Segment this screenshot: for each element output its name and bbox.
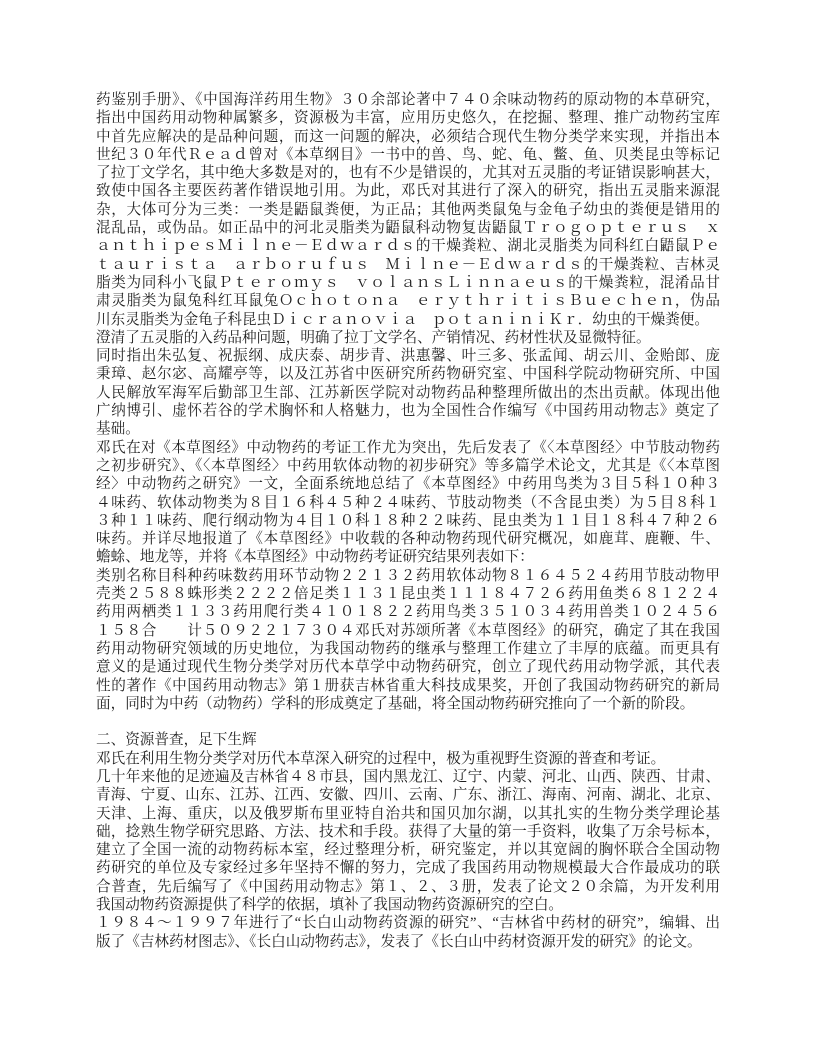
text-line: 合普查，先后编写了《中国药用动物志》第１、２、３册，发表了论文２０余篇，为开发利… — [96, 878, 720, 896]
text-line: 肃灵脂类为鼠兔科红耳鼠兔Ｏｃｈｏｔｏｎａ ｅｒｙｔｈｒｉｔｉｓＢｕｅｃｈｅｎ，伪… — [96, 292, 720, 310]
text-line: 面，同时为中药（动物药）学科的形成奠定了基础，将全国动物药研究推向了一个新的阶段… — [96, 695, 720, 713]
text-line: 几十年来他的足迹遍及吉林省４８市县，国内黑龙江、辽宁、内蒙、河北、山西、陕西、甘… — [96, 768, 720, 786]
text-line: 蟾蜍、地龙等，并将《本草图经》中动物药考证研究结果列表如下： — [96, 548, 720, 566]
text-line: 杂，大体可分为三类：一类是鼯鼠粪便，为正品；其他两类鼠兔与金龟子幼虫的粪便是错用… — [96, 201, 720, 219]
text-line: 药研究的单位及专家经过多年坚持不懈的努力，完成了我国药用动物规模最大合作最成功的… — [96, 859, 720, 877]
text-line: 味药。并详尽地报道了《本草图经》中收载的各种动物药现代研究概况，如鹿茸、鹿鞭、牛… — [96, 530, 720, 548]
text-line: 基础。 — [96, 420, 720, 438]
text-line: 邓氏在对《本草图经》中动物药的考证工作尤为突出，先后发表了《〈本草图经〉中节肢动… — [96, 439, 720, 457]
text-line: 之初步研究》、《〈本草图经〉中药用软体动物的初步研究》等多篇学术论文，尤其是《〈… — [96, 457, 720, 475]
text-line: 同时指出朱弘复、祝振纲、成庆泰、胡步青、洪惠馨、叶三多、张孟闻、胡云川、金贻郎、… — [96, 347, 720, 365]
text-line: 药用两栖类１１３３药用爬行类４１０１８２２药用鸟类３５１０３４药用兽类１０２４５… — [96, 603, 720, 621]
text-line: 经〉中动物药之研究》一文，全面系统地总结了《本草图经》中药用鸟类为３目５科１０种… — [96, 475, 720, 493]
text-line: 药鉴别手册》、《中国海洋药用生物》３０余部论著中７４０余味动物药的原动物的本草研… — [96, 91, 720, 109]
text-line: 致使中国各主要医药著作错误地引用。为此，邓氏对其进行了深入的研究，指出五灵脂来源… — [96, 182, 720, 200]
text-line: 我国动物药资源提供了科学的依据，填补了我国动物药资源研究的空白。 — [96, 896, 720, 914]
text-line: 世纪３０年代Ｒｅａｄ曾对《本草纲目》一书中的兽、鸟、蛇、龟、鳖、鱼、贝类昆虫等标… — [96, 146, 720, 164]
text-line: 意义的是通过现代生物分类学对历代本草学中动物药研究，创立了现代药用动物学派，其代… — [96, 658, 720, 676]
section-heading: 二、资源普查，足下生辉 — [96, 731, 720, 749]
text-line: 壳类２５８８蛛形类２２２２倍足类１１３１昆虫类１１１８４７２６药用鱼类６８１２２… — [96, 585, 720, 603]
text-line: ｔａｕｒｉｓｔａ ａｒｂｏｒｕｆｕｓ Ｍｉｌｎｅ－Ｅｄｗａｒｄｓ的干燥粪粒、吉林… — [96, 256, 720, 274]
text-line: 版了《吉林药材图志》、《长白山动物药志》，发表了《长白山中药材资源开发的研究》的… — [96, 933, 720, 951]
text-line: 性的著作《中国药用动物志》第１册获吉林省重大科技成果奖，开创了我国动物药研究的新… — [96, 677, 720, 695]
text-line: 中首先应解决的是品种问题，而这一问题的解决，必须结合现代生物分类学来实现，并指出… — [96, 128, 720, 146]
text-line: ３种１１味药、爬行纲动物为４目１０科１８种２２味药、昆虫类为１１目１８科４７种２… — [96, 512, 720, 530]
text-line: 础，捻熟生物学研究思路、方法、技术和手段。获得了大量的第一手资料，收集了万余号标… — [96, 823, 720, 841]
text-line: １９８４～１９９７年进行了“长白山动物药资源的研究”、“吉林省中药材的研究”，编… — [96, 914, 720, 932]
document-page: 药鉴别手册》、《中国海洋药用生物》３０余部论著中７４０余味动物药的原动物的本草研… — [0, 0, 816, 1056]
text-line: １５８合 计５０９２２１７３０４邓氏对苏颂所著《本草图经》的研究，确定了其在我国 — [96, 622, 720, 640]
text-line: 建立了全国一流的动物药标本室，经过整理分析，研究鉴定，并以其宽阔的胸怀联合全国动… — [96, 841, 720, 859]
text-line: 药用动物研究领域的历史地位，为我国动物药的继承与整理工作建立了丰厚的底蕴。而更具… — [96, 640, 720, 658]
text-line: 天津、上海、重庆，以及俄罗斯布里亚特自治共和国贝加尔湖，以其扎实的生物分类学理论… — [96, 805, 720, 823]
text-line: 混乱品，或伪品。如正品中的河北灵脂类为鼯鼠科动物复齿鼯鼠Ｔｒｏｇｏｐｔｅｒｕｓ … — [96, 219, 720, 237]
text-line: ４味药、软体动物类为８目１６科４５种２４味药、节肢动物类（不含昆虫类）为５目８科… — [96, 494, 720, 512]
text-line: 川东灵脂类为金龟子科昆虫Ｄｉｃｒａｎｏｖｉａ ｐｏｔａｎｉｎｉＫｒ．幼虫的干燥粪… — [96, 311, 720, 329]
text-line: 类别名称目科种药味数药用环节动物２２１３２药用软体动物８１６４５２４药用节肢动物… — [96, 567, 720, 585]
text-line: 人民解放军海军后勤部卫生部、江苏新医学院对动物药品种整理所做出的杰出贡献。体现出… — [96, 384, 720, 402]
text-line: 澄清了五灵脂的入药品种问题，明确了拉丁文学名、产销情况、药材性状及显微特征。 — [96, 329, 720, 347]
text-line: 了拉丁文学名，其中绝大多数是对的，也有不少是错误的，尤其对五灵脂的考证错误影响甚… — [96, 164, 720, 182]
text-line: 青海、宁夏、山东、江苏、江西、安徽、四川、云南、广东、浙江、海南、河南、湖北、北… — [96, 786, 720, 804]
text-line: 秉璋、赵尔宓、高耀亭等，以及江苏省中医研究所药物研究室、中国科学院动物研究所、中… — [96, 365, 720, 383]
blank-line — [96, 713, 720, 731]
document-body: 药鉴别手册》、《中国海洋药用生物》３０余部论著中７４０余味动物药的原动物的本草研… — [96, 91, 720, 951]
text-line: 脂类为同科小飞鼠Ｐｔｅｒｏｍｙｓ ｖｏｌａｎｓＬｉｎｎａｅｕｓ的干燥粪粒，混淆品… — [96, 274, 720, 292]
text-line: 指出中国药用动物种属繁多，资源极为丰富，应用历史悠久，在挖掘、整理、推广动物药宝… — [96, 109, 720, 127]
text-line: ａｎｔｈｉｐｅｓＭｉｌｎｅ－Ｅｄｗａｒｄｓ的干燥粪粒、湖北灵脂类为同科红白鼯鼠Ｐ… — [96, 237, 720, 255]
text-line: 邓氏在利用生物分类学对历代本草深入研究的过程中，极为重视野生资源的普查和考证。 — [96, 750, 720, 768]
text-line: 广纳博引、虚怀若谷的学术胸怀和人格魅力，也为全国性合作编写《中国药用动物志》奠定… — [96, 402, 720, 420]
